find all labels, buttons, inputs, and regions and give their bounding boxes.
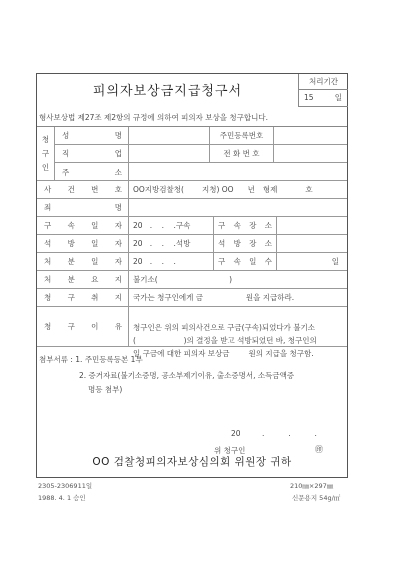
detention-date-label: 구속일자 xyxy=(37,217,128,234)
claimant-address-row: 주소 xyxy=(55,163,347,181)
claim-purpose-field[interactable]: 국가는 청구인에게 금 원을 지급하라. xyxy=(128,289,347,306)
charge-label: 죄명 xyxy=(37,199,128,216)
claim-purpose-label: 청구취지 xyxy=(37,289,128,306)
phone-field[interactable] xyxy=(273,145,347,162)
claimant-section: 청 구 인 성명 주민등록번호 직업 전 화 번 호 주소 xyxy=(37,127,347,181)
detention-date-row: 구속일자 20 . . .구속 구속장소 xyxy=(37,217,347,235)
attachment-item-2-cont: 명등 첨부) xyxy=(88,384,122,395)
claim-reason-line: 청구인은 위의 피의사건으로 구금(구속)되었다가 불기소 xyxy=(133,323,315,332)
compensation-claim-form: 피의자보상금지급청구서 처리기간 15 일 형사보상법 제27조 제2항의 규정… xyxy=(36,73,348,478)
disposition-date-field[interactable]: 20 . . . xyxy=(128,253,213,270)
resident-number-label: 주민등록번호 xyxy=(209,127,273,144)
title-area: 피의자보상금지급청구서 처리기간 15 일 xyxy=(37,74,347,107)
resident-number-field[interactable] xyxy=(273,127,347,144)
processing-period-value: 15 일 xyxy=(299,90,348,106)
addressee: OO 검찰청피의자보상심의회 위원장 귀하 xyxy=(37,454,347,469)
processing-period-days: 15 xyxy=(304,93,314,102)
charge-field[interactable] xyxy=(128,199,347,216)
claimant-side-char: 구 xyxy=(42,147,49,161)
form-title: 피의자보상금지급청구서 xyxy=(37,74,298,107)
claim-reason-row: 청구이유 청구인은 위의 피의사건으로 구금(구속)되었다가 불기소 ( )의 … xyxy=(37,307,347,347)
claimant-occupation-row: 직업 전 화 번 호 xyxy=(55,145,347,163)
paper-size: 210㎜×297㎜ xyxy=(290,481,333,490)
release-date-field[interactable]: 20 . . .석방 xyxy=(128,235,213,252)
claim-reason-line: ( )의 결정을 받고 석방되었던 바, 청구인의 xyxy=(133,336,317,345)
case-number-label: 사건번호 xyxy=(37,181,128,198)
name-label: 성명 xyxy=(55,127,128,144)
approval-date: 1988. 4. 1 승인 xyxy=(38,493,86,502)
claim-reason-label: 청구이유 xyxy=(37,307,128,346)
detention-place-label: 구속장소 xyxy=(213,217,276,234)
signature-date[interactable]: 20 . . . xyxy=(231,429,317,438)
attachment-item-1: 첨부서류 : 1. 주민등록등본 1부 xyxy=(39,354,143,365)
disposition-summary-field[interactable]: 불기소( ) xyxy=(128,271,347,288)
claimant-side-label: 청 구 인 xyxy=(37,127,55,181)
disposition-date-label: 처분일자 xyxy=(37,253,128,270)
form-number: 2305-2306911일 xyxy=(38,481,92,490)
intro-statement: 형사보상법 제27조 제2항의 규정에 의하여 피의자 보상을 청구합니다. xyxy=(37,107,347,127)
detention-days-label: 구속일수 xyxy=(213,253,276,270)
disposition-summary-label: 처분요지 xyxy=(37,271,128,288)
charge-row: 죄명 xyxy=(37,199,347,217)
processing-period-box: 처리기간 15 일 xyxy=(298,74,348,107)
release-place-label: 석방장소 xyxy=(213,235,276,252)
occupation-label: 직업 xyxy=(55,145,128,162)
claim-reason-field[interactable]: 청구인은 위의 피의사건으로 구금(구속)되었다가 불기소 ( )의 결정을 받… xyxy=(128,307,347,346)
disposition-date-row: 처분일자 20 . . . 구속일수 일 xyxy=(37,253,347,271)
processing-period-unit: 일 xyxy=(335,90,342,106)
disposition-summary-row: 처분요지 불기소( ) xyxy=(37,271,347,289)
release-date-label: 석방일자 xyxy=(37,235,128,252)
claimant-name-row: 성명 주민등록번호 xyxy=(55,127,347,145)
detention-date-field[interactable]: 20 . . .구속 xyxy=(128,217,213,234)
release-date-row: 석방일자 20 . . .석방 석방장소 xyxy=(37,235,347,253)
occupation-field[interactable] xyxy=(128,145,209,162)
case-number-field[interactable]: OO지방검찰청( 지청) OO 년 형제 호 xyxy=(128,181,347,198)
name-field[interactable] xyxy=(128,127,209,144)
phone-label: 전 화 번 호 xyxy=(209,145,273,162)
processing-period-label: 처리기간 xyxy=(299,74,348,90)
claimant-side-char: 인 xyxy=(42,161,49,175)
case-number-row: 사건번호 OO지방검찰청( 지청) OO 년 형제 호 xyxy=(37,181,347,199)
address-field[interactable] xyxy=(128,163,347,181)
claim-purpose-row: 청구취지 국가는 청구인에게 금 원을 지급하라. xyxy=(37,289,347,307)
detention-place-field[interactable] xyxy=(276,217,347,234)
detention-days-field[interactable]: 일 xyxy=(276,253,347,270)
address-label: 주소 xyxy=(55,163,128,181)
claim-reason-line: 일 구금에 대한 피의자 보상금 원의 지급을 청구함. xyxy=(133,349,314,358)
claimant-side-char: 청 xyxy=(42,133,49,147)
attachment-item-2: 2. 증거자료(불기소증명, 공소부제기이유, 출소증명서, 소득금액증 xyxy=(79,370,294,381)
release-place-field[interactable] xyxy=(276,235,347,252)
paper-type: 신문용지 54g/㎡ xyxy=(292,493,340,502)
